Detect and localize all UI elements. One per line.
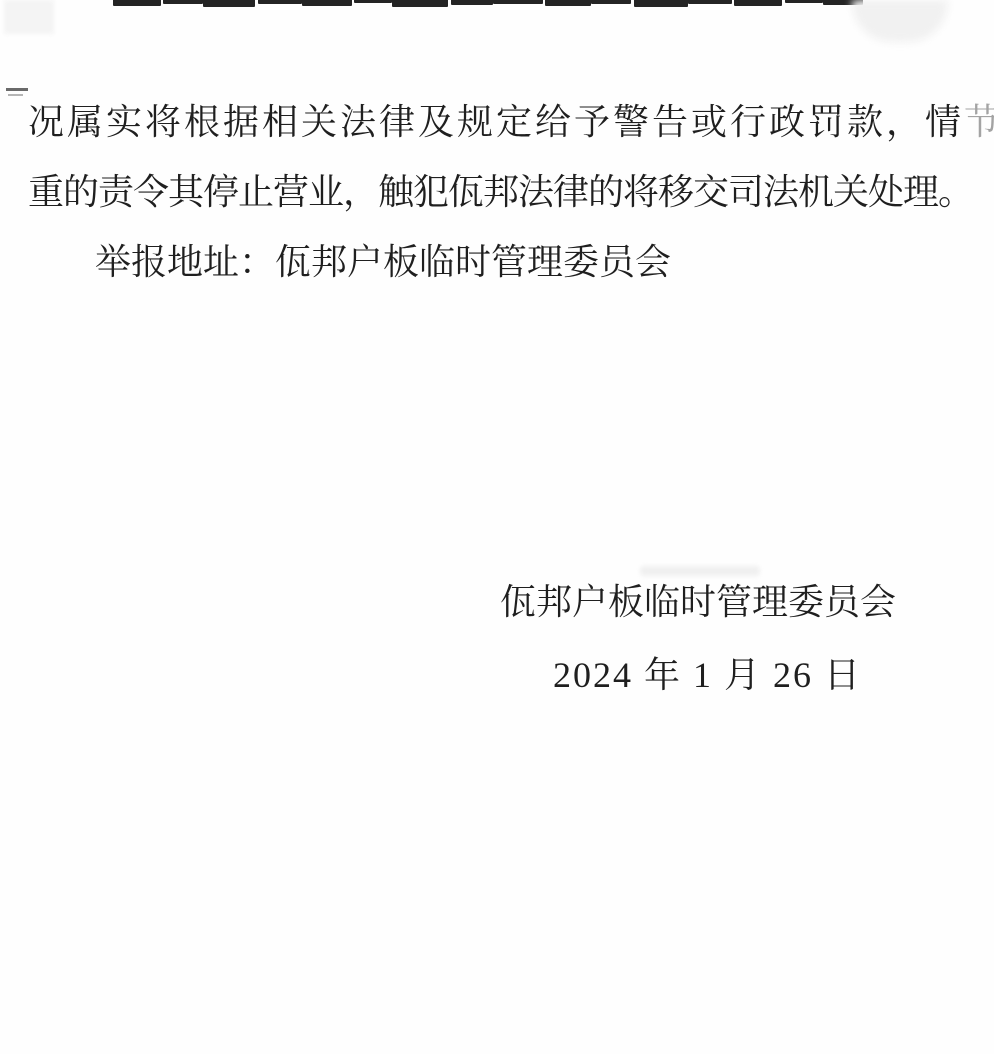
body-line-1: 况属实将根据相关法律及规定给予警告或行政罚款，情节严 bbox=[28, 98, 994, 146]
report-address-line: 举报地址：佤邦户板临时管理委员会 bbox=[95, 238, 671, 286]
scan-artifact-cropped-text-row bbox=[113, 0, 879, 9]
scan-smudge-top-left bbox=[4, 0, 54, 34]
body-line-2: 重的责令其停止营业，触犯佤邦法律的将移交司法机关处理。 bbox=[28, 168, 973, 216]
scan-artifact-margin-dash bbox=[6, 88, 28, 91]
signature-organization: 佤邦户板临时管理委员会 bbox=[500, 578, 896, 626]
signature-date: 2024 年 1 月 26 日 bbox=[553, 651, 862, 699]
scanned-document-page: 况属实将根据相关法律及规定给予警告或行政罚款，情节严 重的责令其停止营业，触犯佤… bbox=[0, 0, 994, 1054]
scan-smudge-above-signature bbox=[640, 566, 760, 576]
scan-artifact-margin-dash bbox=[8, 94, 23, 96]
body-line-1-faded-text: 节严 bbox=[964, 102, 994, 142]
body-line-1-text: 况属实将根据相关法律及规定给予警告或行政罚款，情 bbox=[28, 102, 964, 142]
